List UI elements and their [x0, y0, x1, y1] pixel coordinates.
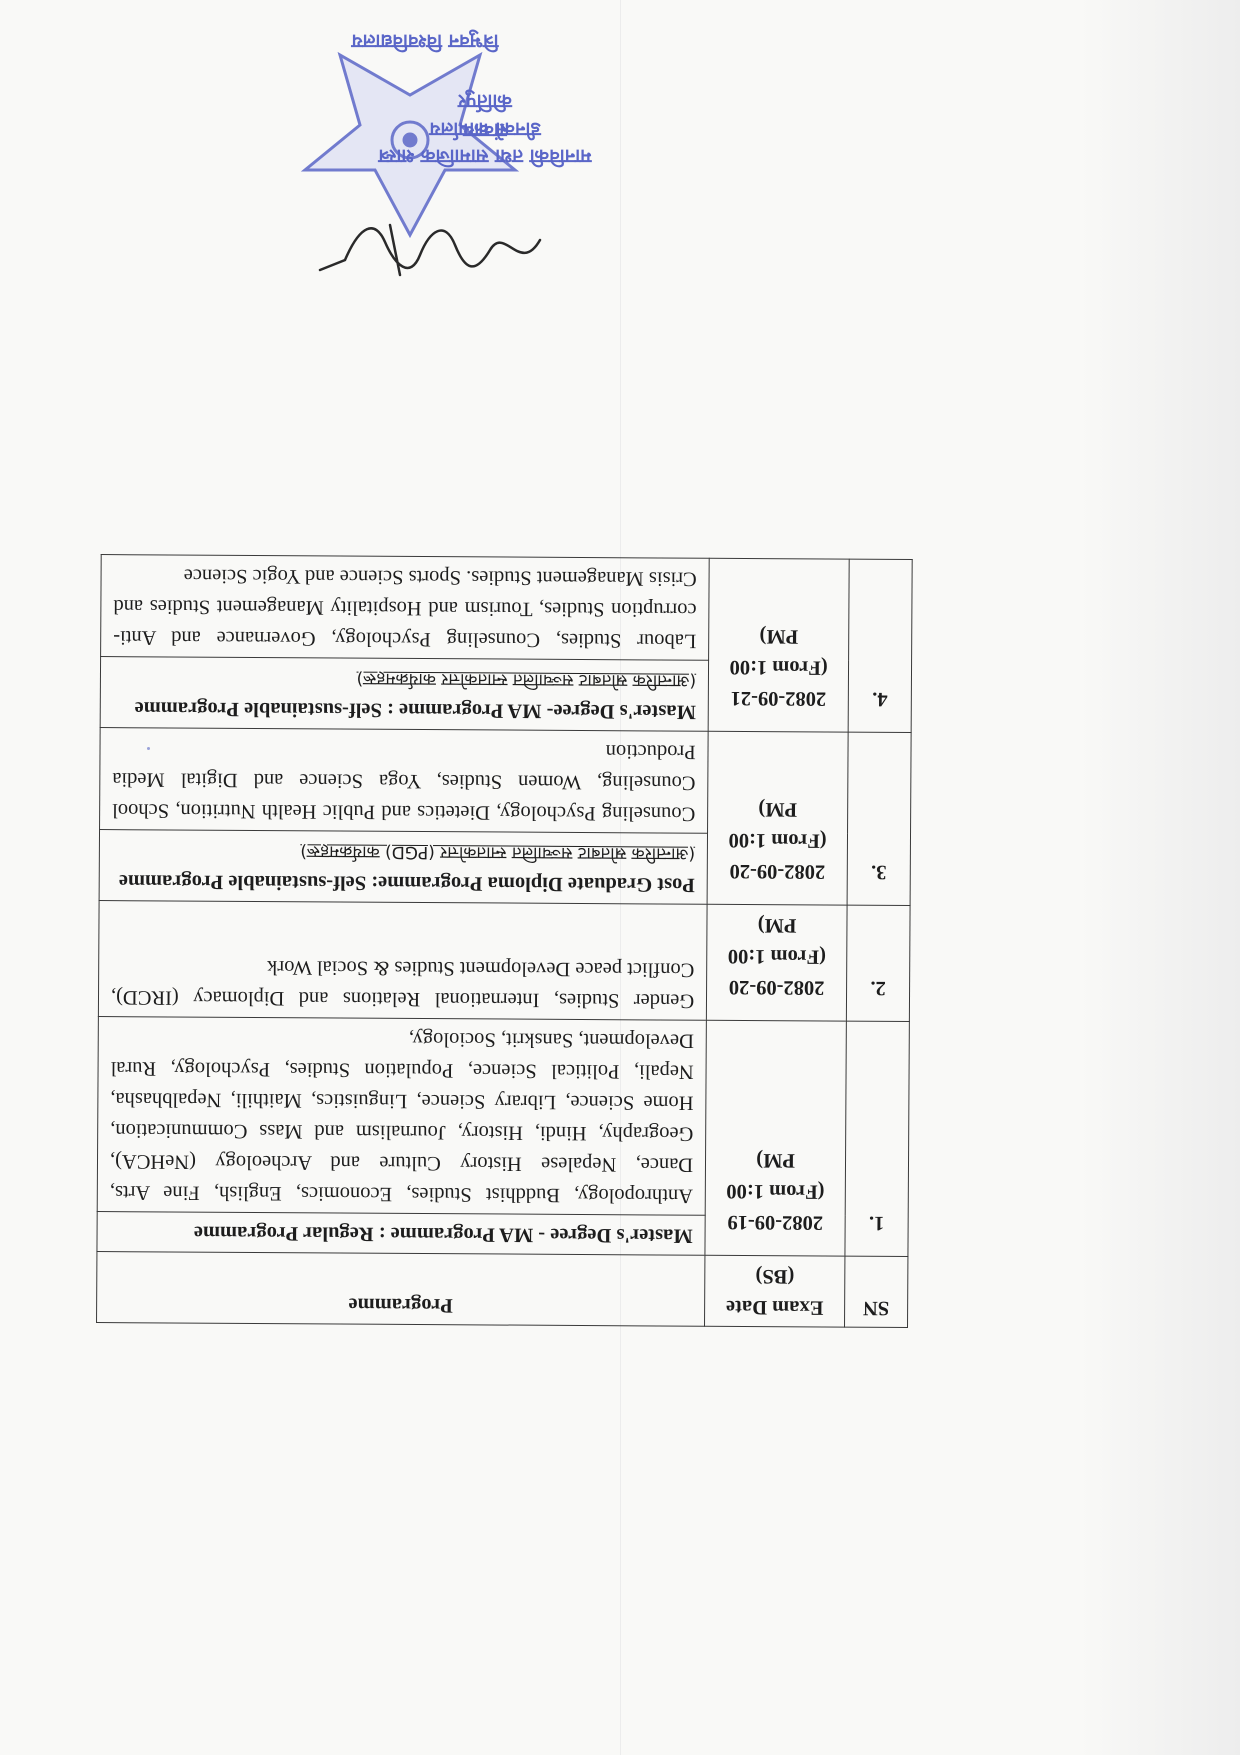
scanned-page: SN Exam Date (BS) Programme 1. 2082-09-1…: [0, 0, 1240, 1755]
table-header-row: SN Exam Date (BS) Programme: [97, 1252, 908, 1328]
row-date: 2082-09-20 (From 1:00 PM): [707, 904, 848, 1021]
row-sn: 4.: [848, 559, 912, 732]
exam-time: (From 1:00 PM): [728, 914, 826, 967]
row-sn: 2.: [846, 905, 910, 1021]
exam-date: 2082-09-20: [729, 976, 825, 999]
exam-time: (From 1:00 PM): [730, 625, 828, 678]
programme-heading: Master's Degree- MA Programme : Self-sus…: [135, 697, 696, 722]
programme-subjects: Anthropology, Buddhist Studies, Economic…: [97, 1017, 706, 1216]
stamp-line-1: त्रिभुवन विश्वविद्यालय: [310, 29, 540, 55]
signature-icon: [310, 220, 550, 280]
table-row: 1. 2082-09-19 (From 1:00 PM) Master's De…: [97, 1212, 908, 1257]
programme-subjects: Gender Studies, International Relations …: [98, 901, 707, 1021]
programme-heading-nepali: (आन्तरिक स्रोतबाट सञ्चालित स्नातकोत्तर (…: [112, 834, 695, 869]
exam-time: (From 1:00 PM): [726, 1149, 824, 1202]
header-programme: Programme: [97, 1252, 706, 1327]
stamp-line-4: कीर्तिपुर: [370, 89, 600, 115]
table-row: 3. 2082-09-20 (From 1:00 PM) Post Gradua…: [99, 830, 910, 906]
programme-heading-cell: Post Graduate Diploma Programme: Self-su…: [99, 830, 708, 905]
header-sn: SN: [845, 1256, 908, 1327]
scan-shadow: [1080, 0, 1240, 1755]
row-date: 2082-09-21 (From 1:00 PM): [708, 558, 849, 732]
programme-heading: Master's Degree - MA Programme : Regular…: [97, 1212, 705, 1256]
row-sn: 1.: [845, 1021, 909, 1256]
programme-heading-nepali: (आन्तरिक स्रोतबाट सञ्चालित स्नातकोत्तर क…: [113, 661, 696, 696]
table-row: 4. 2082-09-21 (From 1:00 PM) Master's De…: [100, 657, 911, 733]
row-date: 2082-09-20 (From 1:00 PM): [707, 731, 848, 905]
programme-heading-cell: Master's Degree- MA Programme : Self-sus…: [100, 657, 709, 732]
exam-date: 2082-09-19: [727, 1211, 823, 1234]
exam-date: 2082-09-20: [729, 860, 825, 883]
stamp-line-3: डीनको कार्यालय: [370, 117, 600, 143]
row-date: 2082-09-19 (From 1:00 PM): [705, 1020, 846, 1256]
exam-schedule-table: SN Exam Date (BS) Programme 1. 2082-09-1…: [96, 554, 913, 1328]
row-sn: 3.: [847, 732, 911, 905]
programme-subjects: Labour Studies, Counseling Psychology, G…: [101, 555, 710, 661]
header-exam-date: Exam Date (BS): [705, 1255, 845, 1327]
exam-time: (From 1:00 PM): [728, 798, 826, 851]
programme-subjects: Counseling Psychology, Dietetics and Pub…: [100, 728, 709, 834]
table-row: 2. 2082-09-20 (From 1:00 PM) Gender Stud…: [98, 901, 910, 1022]
programme-heading: Post Graduate Diploma Programme: Self-su…: [119, 870, 695, 896]
exam-date: 2082-09-21: [731, 687, 827, 710]
